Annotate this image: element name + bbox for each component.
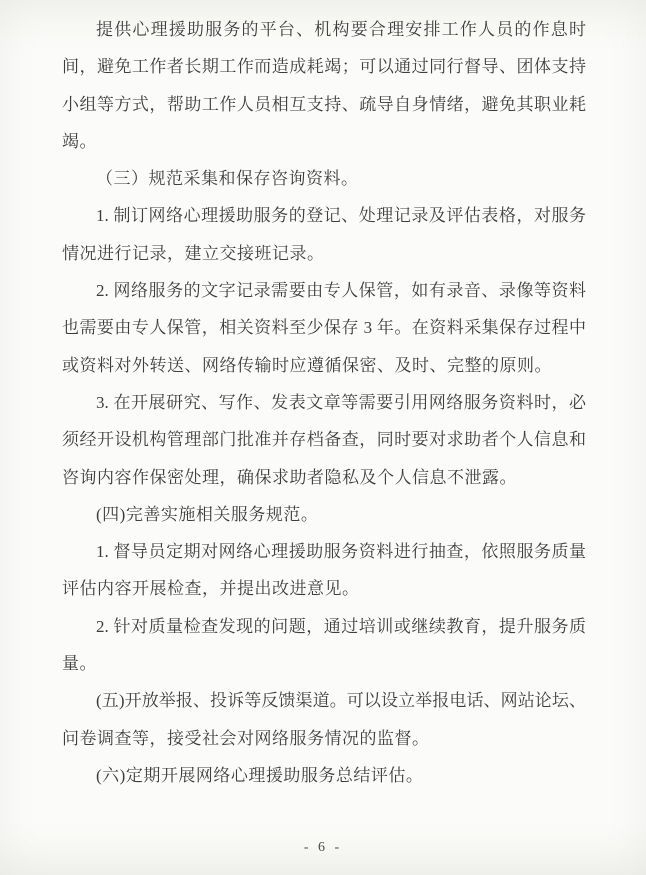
document-body: 提供心理援助服务的平台、机构要合理安排工作人员的作息时间，避免工作者长期工作而造… — [62, 11, 586, 794]
text-line: 或资料对外转送、网络传输时应遵循保密、及时、完整的原则。 — [62, 347, 586, 384]
text-line: (六)定期开展网络心理援助服务总结评估。 — [62, 757, 586, 794]
text-line: 量。 — [62, 645, 586, 682]
text-line: (四)完善实施相关服务规范。 — [62, 496, 586, 533]
text-line: 情况进行记录，建立交接班记录。 — [62, 235, 586, 272]
text-line: 1. 督导员定期对网络心理援助服务资料进行抽查，依照服务质量 — [62, 533, 586, 570]
document-page: 提供心理援助服务的平台、机构要合理安排工作人员的作息时间，避免工作者长期工作而造… — [0, 0, 646, 875]
text-line: 也需要由专人保管，相关资料至少保存 3 年。在资料采集保存过程中 — [62, 309, 586, 346]
text-line: 2. 针对质量检查发现的问题，通过培训或继续教育，提升服务质 — [62, 608, 586, 645]
text-line: 问卷调查等，接受社会对网络服务情况的监督。 — [62, 720, 586, 757]
text-line: 2. 网络服务的文字记录需要由专人保管，如有录音、录像等资料 — [62, 272, 586, 309]
text-line: 提供心理援助服务的平台、机构要合理安排工作人员的作息时 — [62, 11, 586, 48]
text-line: 评估内容开展检查，并提出改进意见。 — [62, 570, 586, 607]
text-line: 咨询内容作保密处理，确保求助者隐私及个人信息不泄露。 — [62, 459, 586, 496]
text-line: 须经开设机构管理部门批准并存档备查，同时要对求助者个人信息和 — [62, 421, 586, 458]
text-line: 竭。 — [62, 123, 586, 160]
text-line: 小组等方式，帮助工作人员相互支持、疏导自身情绪，避免其职业耗 — [62, 86, 586, 123]
page-number: - 6 - — [0, 840, 646, 856]
text-line: 3. 在开展研究、写作、发表文章等需要引用网络服务资料时，必 — [62, 384, 586, 421]
text-line: 1. 制订网络心理援助服务的登记、处理记录及评估表格，对服务 — [62, 197, 586, 234]
text-line: 间，避免工作者长期工作而造成耗竭；可以通过同行督导、团体支持 — [62, 48, 586, 85]
text-line: （三）规范采集和保存咨询资料。 — [62, 160, 586, 197]
text-line: (五)开放举报、投诉等反馈渠道。可以设立举报电话、网站论坛、 — [62, 682, 586, 719]
